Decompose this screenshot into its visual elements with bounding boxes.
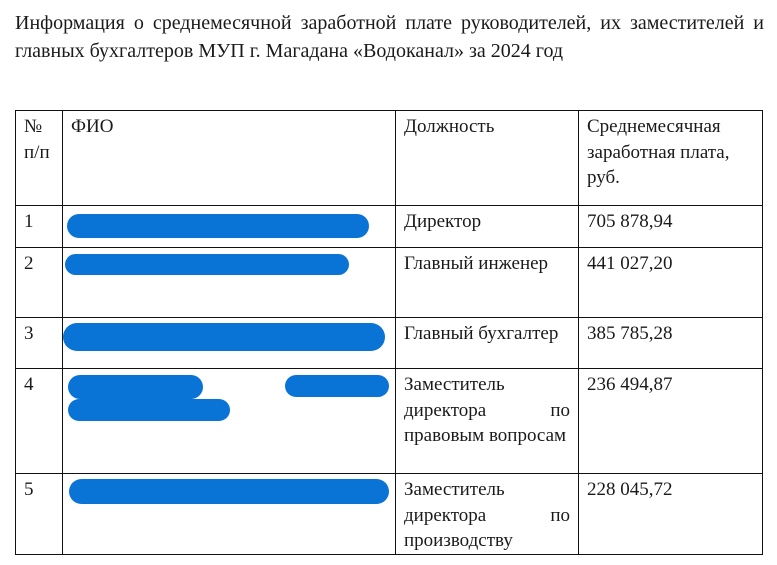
position-cell: Директор	[396, 206, 579, 248]
table-row: 3 Главный бухгалтер 385 785,28	[16, 318, 763, 369]
header-position: Должность	[396, 111, 579, 206]
header-salary: Среднемесячная заработная плата, руб.	[579, 111, 763, 206]
redaction-mark	[285, 375, 389, 397]
position-cell: Заместитель директора по производству	[396, 474, 579, 555]
fio-cell	[63, 206, 396, 248]
redaction-mark	[63, 323, 385, 351]
redaction-mark	[67, 214, 369, 238]
fio-cell	[63, 474, 396, 555]
table-header-row: № п/п ФИО Должность Среднемесячная зараб…	[16, 111, 763, 206]
fio-cell	[63, 369, 396, 474]
row-num: 4	[16, 369, 63, 474]
redaction-mark	[69, 479, 389, 504]
salary-cell: 441 027,20	[579, 248, 763, 318]
row-num: 2	[16, 248, 63, 318]
header-num: № п/п	[16, 111, 63, 206]
table-row: 4 Заместитель директора по правовым вопр…	[16, 369, 763, 474]
row-num: 3	[16, 318, 63, 369]
salary-cell: 385 785,28	[579, 318, 763, 369]
table-row: 1 Директор 705 878,94	[16, 206, 763, 248]
row-num: 1	[16, 206, 63, 248]
header-fio: ФИО	[63, 111, 396, 206]
redaction-mark	[65, 254, 349, 275]
position-cell: Заместитель директора по правовым вопрос…	[396, 369, 579, 474]
redaction-mark	[68, 375, 203, 399]
position-cell: Главный инженер	[396, 248, 579, 318]
fio-cell	[63, 318, 396, 369]
redaction-mark	[68, 399, 230, 421]
document-title: Информация о среднемесячной заработной п…	[15, 9, 764, 65]
salary-table: № п/п ФИО Должность Среднемесячная зараб…	[15, 110, 763, 555]
position-cell: Главный бухгалтер	[396, 318, 579, 369]
table-row: 5 Заместитель директора по производству …	[16, 474, 763, 555]
table-row: 2 Главный инженер 441 027,20	[16, 248, 763, 318]
fio-cell	[63, 248, 396, 318]
salary-cell: 236 494,87	[579, 369, 763, 474]
salary-cell: 705 878,94	[579, 206, 763, 248]
row-num: 5	[16, 474, 63, 555]
salary-cell: 228 045,72	[579, 474, 763, 555]
